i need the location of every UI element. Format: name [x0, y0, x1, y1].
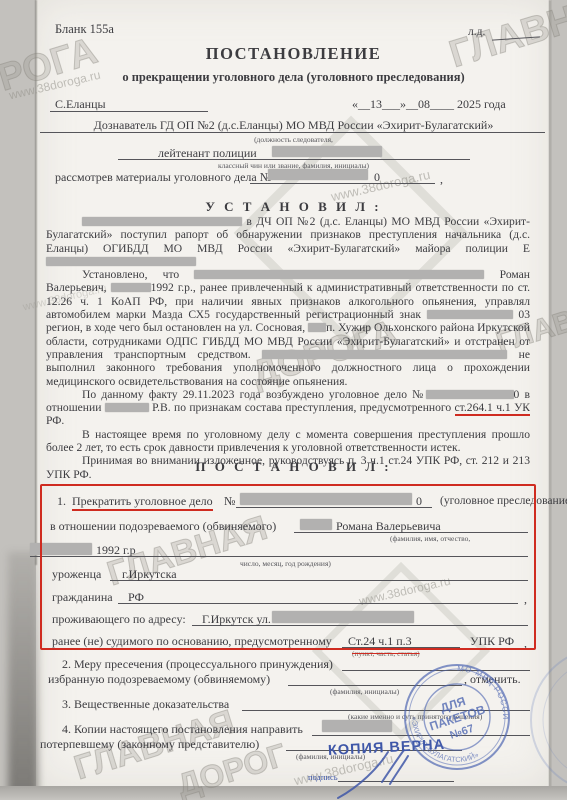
redaction-inline — [46, 257, 196, 266]
resolved-heading: П О С Т А Н О В И Л : — [36, 459, 551, 475]
body-text: РФ. — [46, 414, 64, 427]
form-number: Бланк 155а — [55, 22, 114, 37]
paragraph-case-opened: По данному факту 29.11.2023 года возбужд… — [46, 388, 530, 428]
paragraph-facts: Установлено, что Роман Валерьевич, 1992 … — [46, 268, 530, 388]
body-text: По данному факту 29.11.2023 года возбужд… — [82, 388, 426, 401]
paper-bottom-shadow — [0, 786, 567, 800]
investigator-underline — [40, 132, 545, 133]
date-field: «__13___»__08____ 2025 года — [352, 97, 506, 112]
scanned-document: ДОРОГА www.38doroga.ru ГЛАВН www.38dorog… — [0, 0, 567, 800]
established-heading: У С Т А Н О В И Л : — [36, 199, 551, 215]
place-field: С.Еланцы — [55, 97, 106, 112]
document-subtitle: о прекращении уголовного дела (уголовног… — [36, 70, 551, 85]
redaction-box — [322, 720, 392, 732]
redaction-inline — [426, 390, 514, 399]
rank-underline — [118, 159, 470, 160]
case-digit: 0 — [374, 170, 380, 185]
item4-line1: 4. Копии настоящего постановления направ… — [62, 722, 303, 737]
document-body: в ДЧ ОП №2 (д.с. Еланцы) МО МВД России «… — [46, 215, 530, 481]
comma: , — [440, 172, 443, 187]
statute-underlined-red: ст.264.1 ч.1 УК — [455, 401, 530, 416]
item2-line1: 2. Меру пресечения (процессуального прин… — [62, 657, 333, 672]
considered-line: рассмотрев материалы уголовного дела № — [55, 170, 271, 185]
item2-caption: (фамилия, инициалы) — [330, 687, 399, 696]
sheet-number-label: л.д. — [468, 26, 485, 38]
investigator-caption: (должность следователя, — [36, 135, 551, 144]
paragraph-limitation: В настоящее время по уголовному делу с м… — [46, 428, 530, 455]
item2-line2: избранную подозреваемому (обвиняемому) — [48, 672, 270, 687]
redaction-inline — [82, 217, 242, 226]
redaction-inline — [194, 270, 484, 279]
case-number-underline — [250, 183, 435, 184]
item4-line2: потерпевшему (законному представителю) — [40, 737, 259, 752]
red-annotation-box — [40, 484, 536, 650]
line7-caption-struck: (пункт, часть, статья) — [352, 649, 420, 658]
paragraph-report: в ДЧ ОП №2 (д.с. Еланцы) МО МВД России «… — [46, 215, 530, 268]
redaction-box — [272, 146, 382, 157]
item3-label: 3. Вещественные доказательства — [62, 697, 229, 712]
redaction-box — [268, 169, 368, 180]
body-text: Установлено, что — [82, 268, 179, 281]
place-underline — [50, 111, 208, 112]
document-title: ПОСТАНОВЛЕНИЕ — [36, 44, 551, 64]
redaction-inline — [262, 350, 507, 359]
body-text: Р.В. по признакам состава преступления, … — [152, 401, 451, 414]
redaction-inline — [308, 323, 326, 332]
scan-shadow-smudge — [8, 552, 38, 800]
investigator-line: Дознаватель ГД ОП №2 (д.с.Еланцы) МО МВД… — [36, 118, 551, 133]
redaction-inline — [111, 283, 151, 292]
redaction-inline — [105, 403, 149, 412]
signature-stroke — [330, 742, 470, 800]
redaction-inline — [427, 310, 513, 319]
